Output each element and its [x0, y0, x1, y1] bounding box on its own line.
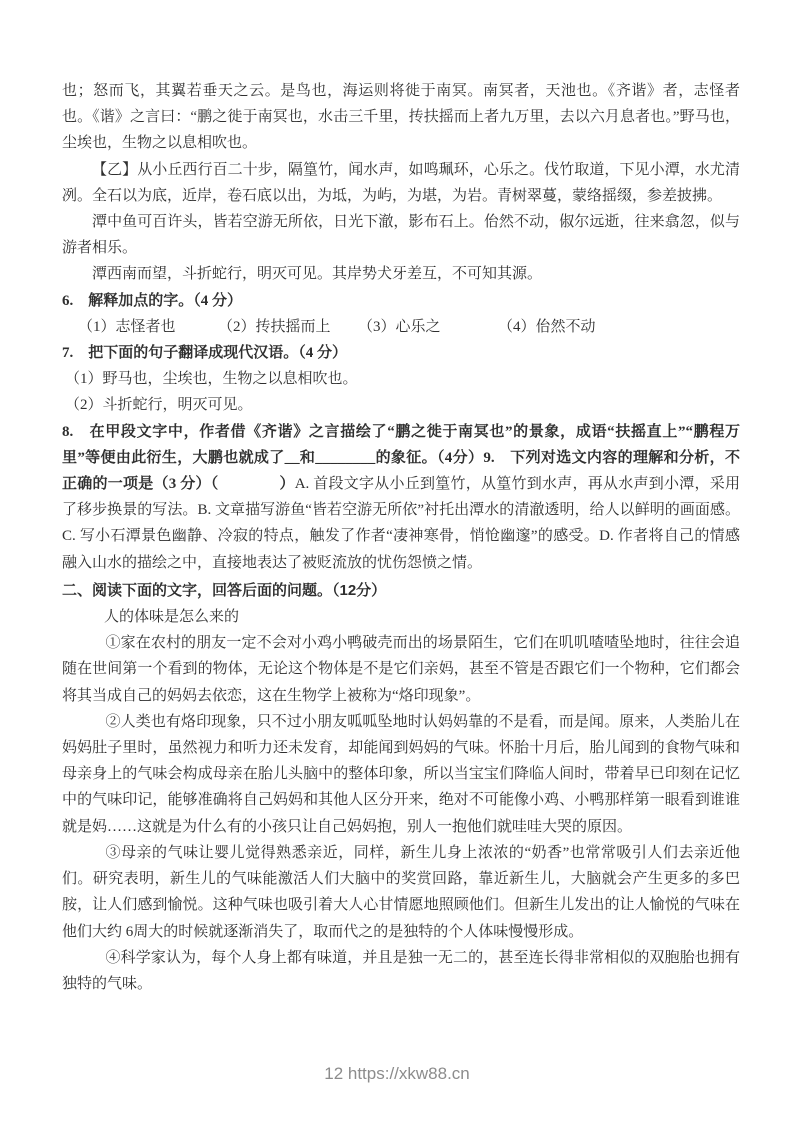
essay-para-1: ①家在农村的朋友一定不会对小鸡小鸭破壳而出的场景陌生，它们在叽叽喳喳坠地时，往往…	[62, 630, 740, 709]
page-footer: 12 https://xkw88.cn	[0, 1064, 794, 1084]
passage-jia-continuation: 也；怒而飞，其翼若垂天之云。是鸟也，海运则将徙于南冥。南冥者，天池也。《齐谐》者…	[62, 78, 740, 157]
question-6-item-1: （1）志怪者也	[78, 314, 218, 340]
essay-title: 人的体味是怎么来的	[62, 604, 740, 630]
question-7-item-1: （1）野马也，尘埃也，生物之以息相吹也。	[62, 366, 740, 392]
essay-para-3: ③母亲的气味让婴儿觉得熟悉亲近，同样，新生儿身上浓浓的“奶香”也常常吸引人们去亲…	[62, 840, 740, 945]
essay-para-4: ④科学家认为，每个人身上都有味道，并且是独一无二的，甚至连长得非常相似的双胞胎也…	[62, 945, 740, 997]
question-6-stem: 6. 解释加点的字。（4 分）	[62, 288, 740, 314]
question-8-9-block: 8. 在甲段文字中，作者借《齐谐》之言描绘了“鹏之徙于南冥也”的景象，成语“扶摇…	[62, 419, 740, 576]
passage-yi-para-2: 潭中鱼可百许头，皆若空游无所依，日光下澈，影布石上。佁然不动，俶尔远逝，往来翕忽…	[62, 209, 740, 261]
question-6-item-4: （4）佁然不动	[498, 314, 596, 340]
essay-para-2: ②人类也有烙印现象，只不过小朋友呱呱坠地时认妈妈靠的不是看，而是闻。原来，人类胎…	[62, 709, 740, 840]
passage-yi-para-3: 潭西南而望，斗折蛇行，明灭可见。其岸势犬牙差互，不可知其源。	[62, 261, 740, 287]
question-7-stem: 7. 把下面的句子翻译成现代汉语。（4 分）	[62, 340, 740, 366]
document-content: 也；怒而飞，其翼若垂天之云。是鸟也，海运则将徙于南冥。南冥者，天池也。《齐谐》者…	[62, 78, 740, 997]
question-6-items: （1）志怪者也 （2）抟扶摇而上 （3）心乐之 （4）佁然不动	[62, 314, 740, 340]
passage-yi-para-1: 【乙】从小丘西行百二十步，隔篁竹，闻水声，如鸣珮环，心乐之。伐竹取道，下见小潭，…	[62, 157, 740, 209]
exam-page: 也；怒而飞，其翼若垂天之云。是鸟也，海运则将徙于南冥。南冥者，天池也。《齐谐》者…	[0, 0, 794, 1122]
footer-page-number-and-url: 12 https://xkw88.cn	[324, 1064, 470, 1083]
question-9-option-b: B. 文章描写游鱼“皆若空游无所依”衬托出潭水的清澈透明，给人以鲜明的画面感。	[197, 502, 740, 518]
question-6-item-3: （3）心乐之	[358, 314, 498, 340]
question-7-item-2: （2）斗折蛇行，明灭可见。	[62, 392, 740, 418]
question-9-option-c: C. 写小石潭景色幽静、冷寂的特点，触发了作者“凄神寒骨，悄怆幽邃”的感受。	[62, 528, 599, 544]
section-two-heading: 二、阅读下面的文字，回答后面的问题。（12分）	[62, 578, 740, 604]
question-6-item-2: （2）抟扶摇而上	[218, 314, 358, 340]
